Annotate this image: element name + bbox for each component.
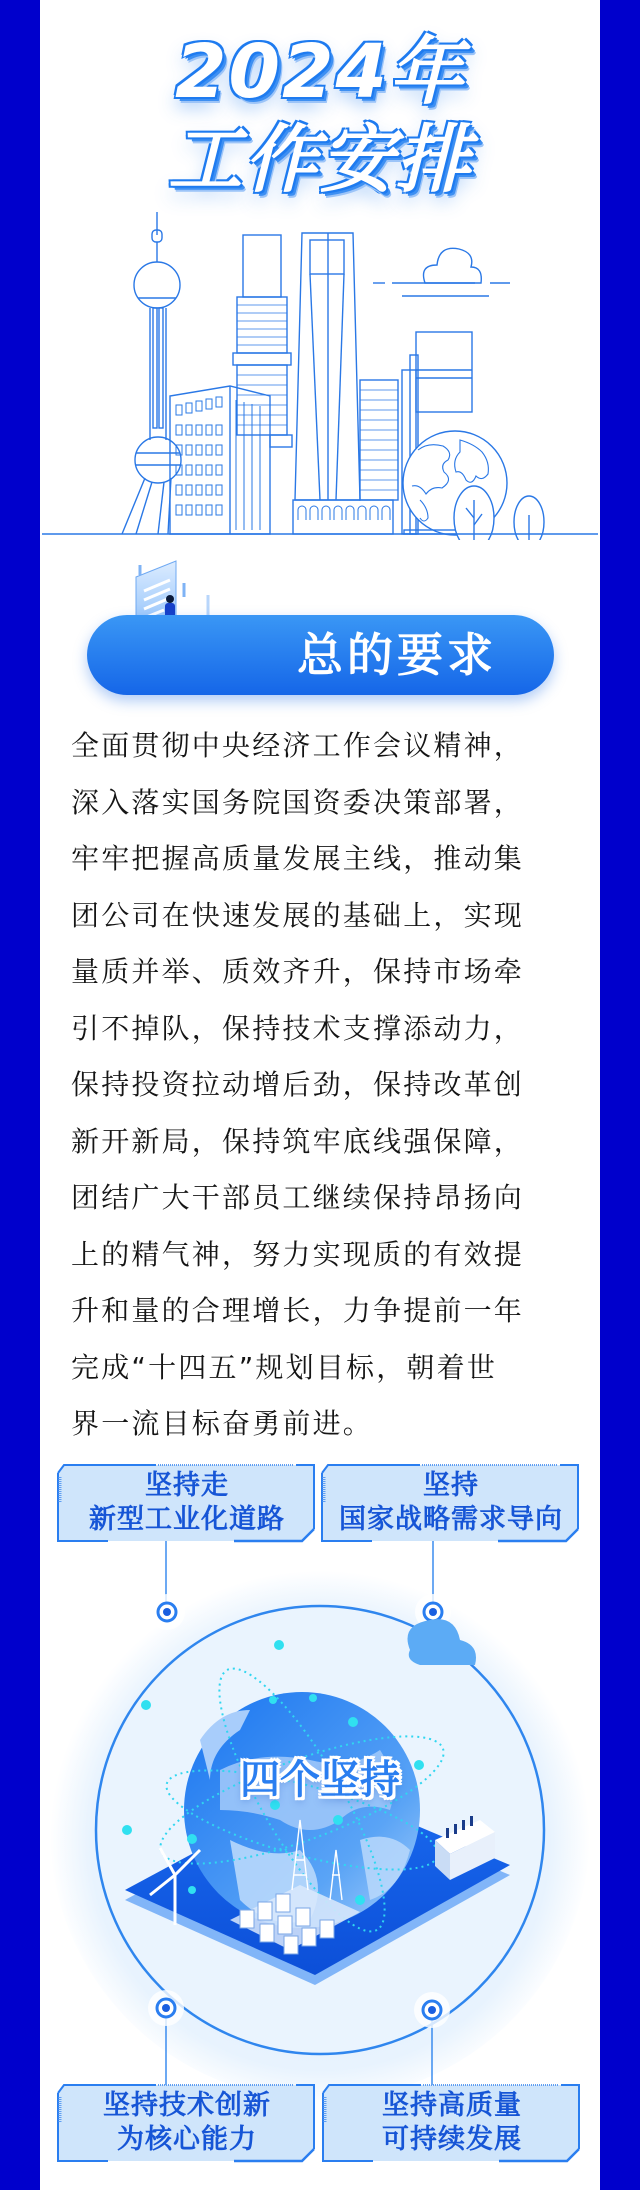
pillar-line1: 坚持高质量 xyxy=(382,2089,522,2123)
pillar-technological-innovation: 坚持技术创新 为核心能力 xyxy=(56,2083,318,2163)
paragraph-line: 牢牢把握高质量发展主线，推动集 xyxy=(71,831,581,888)
paragraph-line: 全面贯彻中央经济工作会议精神， xyxy=(71,718,581,775)
pillar-line2: 国家战略需求导向 xyxy=(339,1503,563,1537)
four-pillars-globe-illustration xyxy=(40,1540,600,2100)
title-work-plan: 工作安排 xyxy=(40,118,600,202)
pillar-line2: 新型工业化道路 xyxy=(89,1503,285,1537)
paragraph-line: 完成“十四五”规划目标，朝着世 xyxy=(71,1340,581,1397)
poster-page: 2024年 工作安排 xyxy=(40,0,600,2190)
section-pill: 总的要求 xyxy=(87,615,554,695)
paragraph-line: 上的精气神，努力实现质的有效提 xyxy=(71,1227,581,1284)
paragraph-line: 界一流目标奋勇前进。 xyxy=(71,1396,581,1453)
city-skyline-illustration xyxy=(40,200,600,540)
pillar-national-strategy: 坚持 国家战略需求导向 xyxy=(320,1463,582,1543)
pillar-line1: 坚持 xyxy=(423,1469,479,1503)
paragraph-line: 深入落实国务院国资委决策部署， xyxy=(71,775,581,832)
paragraph-line: 团公司在快速发展的基础上，实现 xyxy=(71,888,581,945)
paragraph-line: 引不掉队，保持技术支撑添动力， xyxy=(71,1001,581,1058)
paragraph-line: 新开新局，保持筑牢底线强保障， xyxy=(71,1114,581,1171)
paragraph-line: 量质并举、质效齐升，保持市场牵 xyxy=(71,944,581,1001)
pillar-high-quality-development: 坚持高质量 可持续发展 xyxy=(321,2083,583,2163)
section-header: 总的要求 xyxy=(40,555,600,705)
section-title: 总的要求 xyxy=(257,615,537,695)
pillar-line1: 坚持技术创新 xyxy=(103,2089,271,2123)
paragraph-line: 升和量的合理增长，力争提前一年 xyxy=(71,1283,581,1340)
paragraph-line: 团结广大干部员工继续保持昂扬向 xyxy=(71,1170,581,1227)
pillar-line2: 可持续发展 xyxy=(382,2123,522,2157)
title-year: 2024年 xyxy=(40,30,600,114)
paragraph-line: 保持投资拉动增后劲，保持改革创 xyxy=(71,1057,581,1114)
pillar-line2: 为核心能力 xyxy=(117,2123,257,2157)
pillar-line1: 坚持走 xyxy=(145,1469,229,1503)
four-pillars-center-label: 四个坚持 xyxy=(40,1748,600,1805)
general-requirements-paragraph: 全面贯彻中央经济工作会议精神， 深入落实国务院国资委决策部署， 牢牢把握高质量发… xyxy=(71,718,581,1453)
pillar-new-industrialization: 坚持走 新型工业化道路 xyxy=(56,1463,318,1543)
